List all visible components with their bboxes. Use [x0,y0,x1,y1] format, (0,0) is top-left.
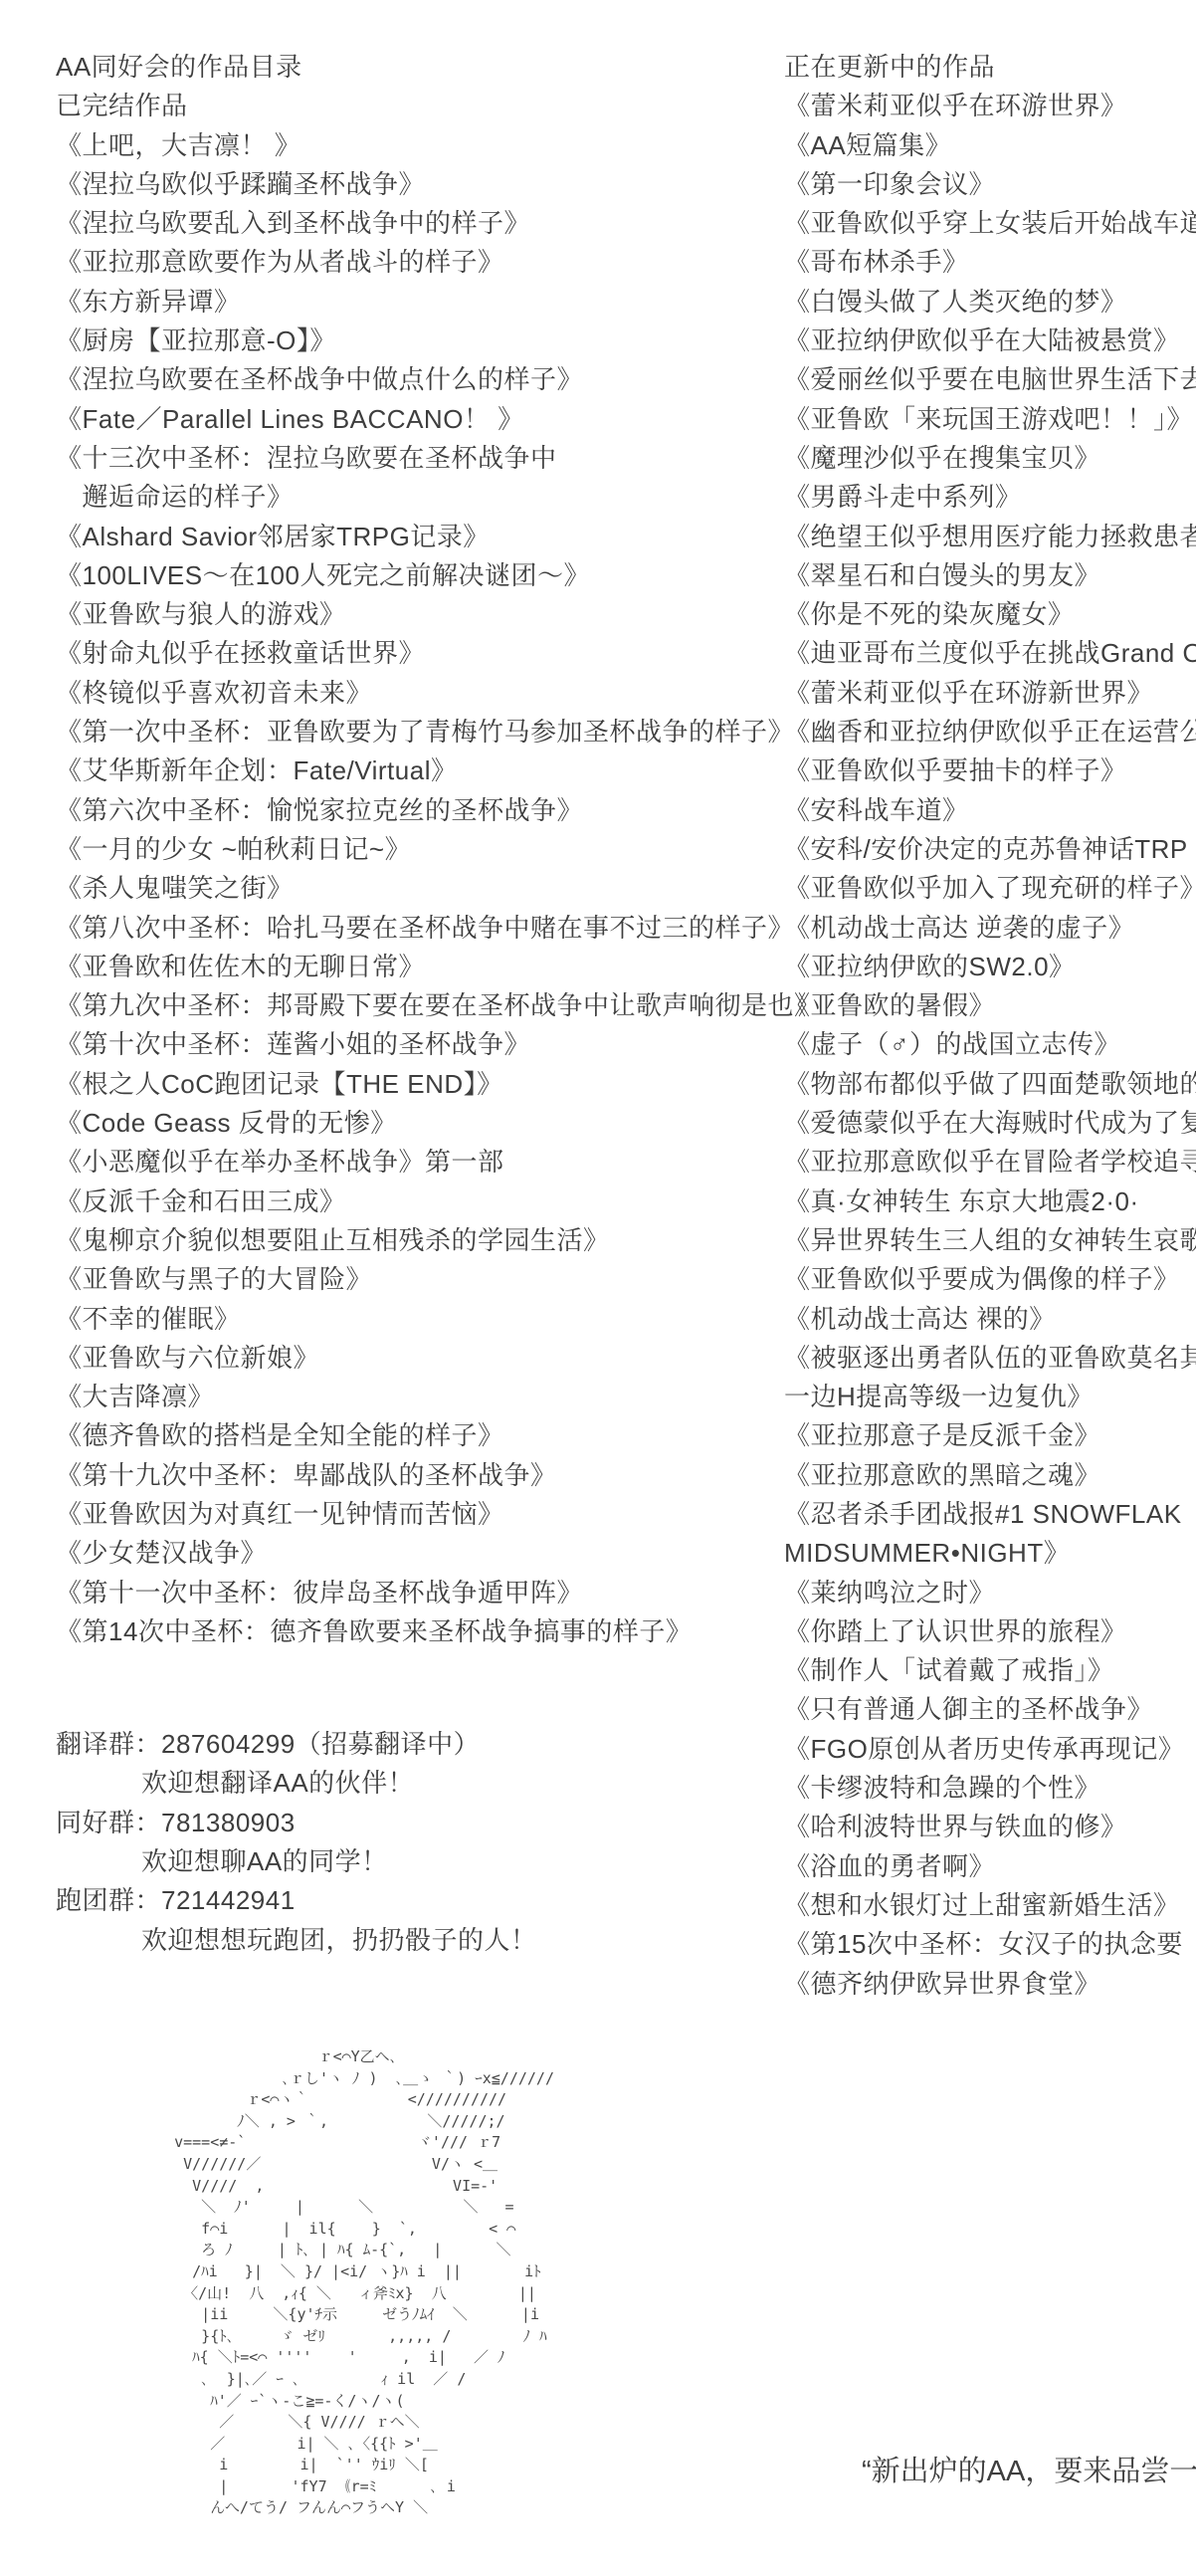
updating-work-title: 《迪亚哥布兰度似乎在挑战Grand O [784,634,1196,673]
qq-group-label: 跑团群： [56,1885,161,1915]
updating-work-title: 《机动战士高达 逆袭的虚子》 [784,909,1196,948]
completed-work-title: 《杀人鬼嗤笑之街》 [56,869,821,908]
completed-work-title: 《涅拉乌欧要在圣杯战争中做点什么的样子》 [56,360,821,399]
updating-work-title: 《异世界转生三人组的女神转生哀歌 [784,1221,1196,1260]
updating-work-title: 《蕾米莉亚似乎在环游世界》 [784,87,1196,125]
updating-work-title: 《机动战士高达 裸的》 [784,1300,1196,1339]
completed-work-title: 《根之人CoC跑团记录【THE END】》 [56,1065,821,1104]
completed-work-title: 《第一次中圣杯：亚鲁欧要为了青梅竹马参加圣杯战争的样子》 [56,713,821,751]
qq-group-line: 翻译群：287604299（招募翻译中） [56,1725,821,1764]
updating-work-title: 《物部布都似乎做了四面楚歌领地的 [784,1065,1196,1104]
updating-work-title: 《亚鲁欧「来玩国王游戏吧！！」》 [784,400,1196,439]
updating-work-title: 《亚拉纳伊欧似乎在大陆被悬赏》 [784,322,1196,360]
updating-work-title: 《白馒头做了人类灭绝的梦》 [784,283,1196,322]
completed-work-title: 《第十次中圣杯：莲酱小姐的圣杯战争》 [56,1025,821,1064]
completed-work-title: 《第十九次中圣杯：卑鄙战队的圣杯战争》 [56,1456,821,1495]
completed-work-title: 《Alshard Savior邻居家TRPG记录》 [56,518,821,556]
updating-work-title: 《忍者杀手团战报#1 SNOWFLAK [784,1495,1196,1534]
updating-work-title: 《蕾米莉亚似乎在环游新世界》 [784,674,1196,713]
qq-group-entry: 同好群：781380903 欢迎想聊AA的同学！ [56,1804,821,1882]
completed-work-title: 《第14次中圣杯：德齐鲁欧要来圣杯战争搞事的样子》 [56,1612,821,1651]
updating-work-title: 《亚鲁欧似乎要成为偶像的样子》 [784,1260,1196,1299]
updating-work-title: 《哥布林杀手》 [784,243,1196,282]
mascot-speech-text: “新出炉的AA，要来品尝一下吗 [862,2449,1196,2489]
updating-works-list: 《蕾米莉亚似乎在环游世界》《AA短篇集》《第一印象会议》《亚鲁欧似乎穿上女装后开… [784,87,1196,2004]
completed-work-title: 《Fate／Parallel Lines BACCANO！ 》 [56,400,821,439]
updating-work-title: 《亚鲁欧的暑假》 [784,986,1196,1025]
completed-work-title: 《东方新异谭》 [56,283,821,322]
updating-work-title: 《亚拉那意欧似乎在冒险者学校追寻 [784,1143,1196,1181]
updating-work-title: 《安科/安价决定的克苏鲁神话TRP [784,830,1196,869]
updating-work-title: 《幽香和亚拉纳伊欧似乎正在运营公 [784,713,1196,751]
completed-work-title: 《十三次中圣杯：涅拉乌欧要在圣杯战争中 [56,439,821,478]
updating-work-title: 《浴血的勇者啊》 [784,1847,1196,1886]
updating-work-title: 《亚鲁欧似乎加入了现充研的样子》 [784,869,1196,908]
qq-group-label: 同好群： [56,1808,161,1837]
completed-work-title: 《亚鲁欧与黑子的大冒险》 [56,1260,821,1299]
qq-group-line: 同好群：781380903 [56,1804,821,1842]
qq-group-entry: 跑团群：721442941 欢迎想想玩跑团，扔扔骰子的人！ [56,1881,821,1960]
qq-group-number: 287604299（招募翻译中） [161,1729,480,1759]
updating-work-title: 《哈利波特世界与铁血的修》 [784,1808,1196,1846]
completed-work-title: 《小恶魔似乎在举办圣杯战争》第一部 [56,1143,821,1181]
updating-work-title: 《你是不死的染灰魔女》 [784,595,1196,634]
completed-work-title: 《少女楚汉战争》 [56,1534,821,1573]
completed-work-title: 邂逅命运的样子》 [56,478,821,517]
updating-work-title: 《真·女神转生 东京大地震2·0· [784,1182,1196,1221]
qq-group-number: 721442941 [161,1885,296,1915]
completed-work-title: 《不幸的催眠》 [56,1300,821,1339]
qq-group-welcome: 欢迎想聊AA的同学！ [56,1842,821,1881]
completed-work-title: 《第八次中圣杯：哈扎马要在圣杯战争中赌在事不过三的样子》 [56,909,821,948]
updating-work-title: 《第15次中圣杯：女汉子的执念要 [784,1925,1196,1964]
section-updating-heading: 正在更新中的作品 [784,48,1196,87]
updating-work-title: 《想和水银灯过上甜蜜新婚生活》 [784,1886,1196,1925]
completed-works-list: 《上吧，大吉凛！ 》《涅拉乌欧似乎蹂躏圣杯战争》《涅拉乌欧要乱入到圣杯战争中的样… [56,126,821,1652]
completed-work-title: 《鬼柳京介貌似想要阻止互相残杀的学园生活》 [56,1221,821,1260]
completed-work-title: 《射命丸似乎在拯救童话世界》 [56,634,821,673]
completed-work-title: 《第十一次中圣杯：彼岸岛圣杯战争遁甲阵》 [56,1574,821,1612]
qq-group-number: 781380903 [161,1808,296,1837]
completed-work-title: 《大吉降凛》 [56,1378,821,1416]
updating-work-title: 《亚拉纳伊欧的SW2.0》 [784,948,1196,986]
completed-work-title: 《Code Geass 反骨的无惨》 [56,1104,821,1143]
section-completed-heading: 已完结作品 [56,87,821,125]
updating-work-title: 《安科战车道》 [784,791,1196,830]
page-title: AA同好会的作品目录 [56,48,821,87]
updating-work-title: 《男爵斗走中系列》 [784,478,1196,517]
updating-work-title: MIDSUMMER•NIGHT》 [784,1534,1196,1573]
catalog-page: AA同好会的作品目录 已完结作品 《上吧，大吉凛！ 》《涅拉乌欧似乎蹂躏圣杯战争… [0,0,1196,2576]
qq-group-welcome: 欢迎想想玩跑团，扔扔骰子的人！ [56,1921,821,1960]
completed-work-title: 《亚鲁欧因为对真红一见钟情而苦恼》 [56,1495,821,1534]
updating-work-title: 《只有普通人御主的圣杯战争》 [784,1690,1196,1729]
updating-work-title: 《莱纳鸣泣之时》 [784,1574,1196,1612]
updating-work-title: 《亚鲁欧似乎要抽卡的样子》 [784,751,1196,790]
completed-work-title: 《上吧，大吉凛！ 》 [56,126,821,165]
completed-works-column: AA同好会的作品目录 已完结作品 《上吧，大吉凛！ 》《涅拉乌欧似乎蹂躏圣杯战争… [56,48,821,1960]
updating-work-title: 《卡缪波特和急躁的个性》 [784,1769,1196,1808]
updating-work-title: 《亚拉那意欧的黑暗之魂》 [784,1456,1196,1495]
completed-work-title: 《反派千金和石田三成》 [56,1182,821,1221]
qq-groups-block: 翻译群：287604299（招募翻译中） 欢迎想翻译AA的伙伴！ 同好群：781… [56,1725,821,1960]
updating-work-title: 《绝望王似乎想用医疗能力拯救患者 [784,518,1196,556]
updating-work-title: 《AA短篇集》 [784,126,1196,165]
qq-group-entry: 翻译群：287604299（招募翻译中） 欢迎想翻译AA的伙伴！ [56,1725,821,1804]
updating-work-title: 《爱德蒙似乎在大海贼时代成为了复 [784,1104,1196,1143]
completed-work-title: 《100LIVES～在100人死完之前解决谜团～》 [56,556,821,595]
updating-work-title: 《翠星石和白馒头的男友》 [784,556,1196,595]
completed-work-title: 《厨房【亚拉那意-O】》 [56,322,821,360]
qq-group-welcome: 欢迎想翻译AA的伙伴！ [56,1764,821,1803]
updating-work-title: 《亚拉那意子是反派千金》 [784,1416,1196,1455]
completed-work-title: 《第六次中圣杯：愉悦家拉克丝的圣杯战争》 [56,791,821,830]
completed-work-title: 《亚鲁欧与狼人的游戏》 [56,595,821,634]
qq-group-label: 翻译群： [56,1729,161,1759]
qq-group-line: 跑团群：721442941 [56,1881,821,1920]
completed-work-title: 《亚鲁欧与六位新娘》 [56,1339,821,1378]
updating-work-title: 《亚鲁欧似乎穿上女装后开始战车道 [784,204,1196,243]
completed-work-title: 《亚拉那意欧要作为从者战斗的样子》 [56,243,821,282]
completed-work-title: 《涅拉乌欧要乱入到圣杯战争中的样子》 [56,204,821,243]
updating-work-title: 《魔理沙似乎在搜集宝贝》 [784,439,1196,478]
completed-work-title: 《亚鲁欧和佐佐木的无聊日常》 [56,948,821,986]
completed-work-title: 《涅拉乌欧似乎蹂躏圣杯战争》 [56,165,821,204]
updating-work-title: 《第一印象会议》 [784,165,1196,204]
updating-work-title: 《虚子（♂）的战国立志传》 [784,1025,1196,1064]
ascii-art-mascot: ｒ<⌒Y乙ヘ､ ､ｒし'ヽ ﾉ ) ､＿ゝ ｀) ｰx≦////// ｒ<⌒ヽ｀… [147,2046,554,2519]
updating-work-title: 一边H提高等级一边复仇》 [784,1378,1196,1416]
updating-work-title: 《FGO原创从者历史传承再现记》 [784,1730,1196,1769]
updating-work-title: 《被驱逐出勇者队伍的亚鲁欧莫名其 [784,1339,1196,1378]
updating-works-column: 正在更新中的作品 《蕾米莉亚似乎在环游世界》《AA短篇集》《第一印象会议》《亚鲁… [784,48,1196,2004]
completed-work-title: 《柊镜似乎喜欢初音未来》 [56,674,821,713]
completed-work-title: 《一月的少女 ~帕秋莉日记~》 [56,830,821,869]
updating-work-title: 《你踏上了认识世界的旅程》 [784,1612,1196,1651]
completed-work-title: 《第九次中圣杯：邦哥殿下要在要在圣杯战争中让歌声响彻是也》 [56,986,821,1025]
updating-work-title: 《制作人「试着戴了戒指」》 [784,1651,1196,1690]
completed-work-title: 《德齐鲁欧的搭档是全知全能的样子》 [56,1416,821,1455]
completed-work-title: 《艾华斯新年企划：Fate/Virtual》 [56,751,821,790]
updating-work-title: 《德齐纳伊欧异世界食堂》 [784,1965,1196,2004]
updating-work-title: 《爱丽丝似乎要在电脑世界生活下去 [784,360,1196,399]
